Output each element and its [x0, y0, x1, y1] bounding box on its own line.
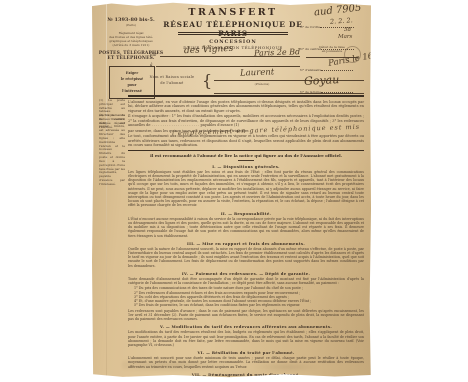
legal-line: (Arrêté du 3 mars 1911) — [100, 43, 162, 47]
section-heading-6: VI. — Résiliation du traité par l'abonné… — [128, 350, 364, 355]
name-label: Nom et Raison sociale de l'abonné — [142, 75, 202, 85]
right-label: N° de la ligne — [300, 90, 321, 94]
footnote-2: (2) La demande de transfert, rédigée sur… — [99, 114, 125, 187]
separator-rule-middle — [128, 150, 364, 152]
brace-icon: { — [202, 71, 212, 90]
section-heading-7: VII. — Déménagement du poste d'un abonné… — [128, 372, 364, 377]
document-body: L'abonné soussigné, en vue d'obtenir l'u… — [128, 98, 364, 382]
section-4-item: 5° Des frais de poursuites, le cas échéa… — [128, 303, 364, 307]
contract-paragraph-1: L'abonné soussigné, en vue d'obtenir l'u… — [128, 100, 364, 113]
title-double-rule — [178, 32, 288, 36]
section-text-3: Quelle que soit la nature de l'abonnemen… — [128, 247, 364, 268]
transfer-stamp: TRANSFERT — [168, 7, 298, 18]
contract-paragraph-3: Le tout, conformément aux dispositions r… — [128, 134, 364, 147]
handwriting-surname: Goyau — [304, 73, 340, 88]
field-par-label: Par — [150, 52, 157, 57]
document-title: RÉSEAU TÉLÉPHONIQUE DE PARIS — [158, 20, 308, 38]
section-text-2: L'État n'encourt aucune responsabilité à… — [128, 217, 364, 238]
box-line: l'intéressé — [110, 88, 154, 94]
section-heading-1: I. — Dispositions générales. — [128, 164, 364, 169]
handwriting-par-city: Paris 2e Bd — [254, 47, 300, 58]
form-number-note: (Paris) — [98, 23, 164, 27]
field-a-line — [156, 61, 300, 67]
faint-pencil-marks — [252, 362, 322, 372]
handwriting-entry: 58 — [344, 27, 351, 33]
section-text-7: Lorsqu'un abonné change de local, il doi… — [128, 378, 364, 382]
separator-rule-top — [128, 95, 364, 97]
section-text-1: Les lignes téléphoniques sont établies p… — [128, 170, 364, 208]
section-heading-3: III. — Mise en rapport et frais des abon… — [128, 241, 364, 246]
section-heading-4: IV. — Paiement des redevances. — Dépôt d… — [128, 271, 364, 276]
name-label-line: Nom et Raison sociale — [142, 75, 202, 79]
right-label: N° de l'ordre — [300, 25, 320, 29]
section-heading-5: V. — Modification du tarif des redevance… — [128, 324, 364, 329]
section-text-5: Les modifications du tarif des redevance… — [128, 330, 364, 347]
right-line — [321, 67, 353, 71]
notice-line: Il est recommandé à l'abonné de lire la … — [128, 153, 364, 158]
section-heading-2: II. — Responsabilité. — [128, 211, 364, 216]
small-divider — [221, 37, 245, 38]
section-text-4b: Les redevances sont payables d'avance ; … — [128, 309, 364, 322]
document-paper: № 1393-80 bis-5. (Paris) Règlement légal… — [92, 2, 371, 378]
name-sub-label: (Prénoms) — [232, 82, 292, 86]
right-label: N° d'annuaire — [300, 68, 321, 72]
right-line — [321, 89, 353, 93]
name-label-line: de l'abonné — [142, 81, 202, 85]
scan-background: № 1393-80 bis-5. (Paris) Règlement légal… — [0, 0, 468, 382]
notice-divider — [238, 160, 254, 161]
handwriting-name: Laurent — [240, 67, 275, 78]
section-text-4: Toute demande d'abonnement doit être acc… — [128, 277, 364, 285]
faint-pencil-marks — [122, 358, 242, 372]
field-a-label: à — [150, 62, 153, 67]
legal-reference: Règlement légal des Postes et des lignes… — [100, 31, 162, 47]
handwriting-entry: 2. 2. 2. — [330, 16, 353, 26]
handwriting-entry: Mars — [338, 34, 352, 40]
